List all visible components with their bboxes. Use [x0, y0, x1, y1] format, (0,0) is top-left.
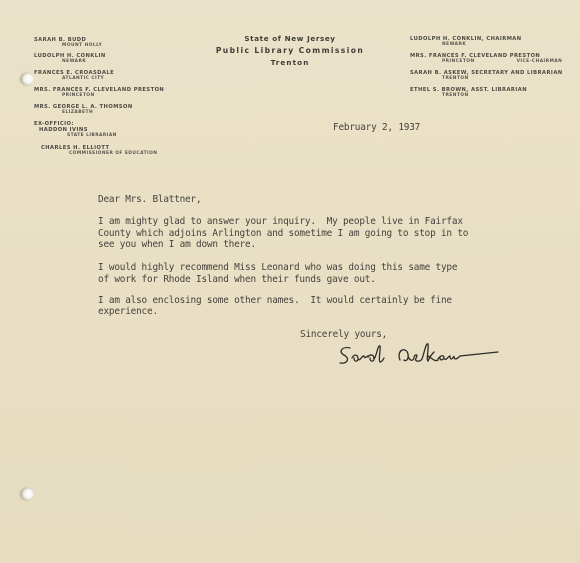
officer-chairman: Ludolph H. Conklin, Chairman Newark [410, 36, 522, 48]
member-place: Mount Holly [34, 43, 102, 49]
officer-secretary: Sarah B. Askew, Secretary and Librarian … [410, 70, 563, 82]
punch-hole-bottom [22, 488, 34, 500]
letterhead-title: State of New Jersey Public Library Commi… [200, 33, 380, 69]
punch-hole-top [22, 73, 34, 85]
officer-assistant: Ethel S. Brown, Asst. Librarian Trenton [410, 87, 527, 99]
member-place: Princeton [34, 93, 164, 99]
officer-vice-chairman: Mrs. Frances F. Cleveland Preston Prince… [410, 53, 562, 65]
member-title: State Librarian [39, 133, 117, 139]
signature-icon: Sarah Askew [336, 340, 506, 370]
member-elliott: Charles H. Elliott Commissioner of Educa… [41, 145, 157, 157]
body-line: County which adjoins Arlington and somet… [98, 228, 468, 240]
officer-place: Newark [410, 42, 522, 48]
officer-place: Trenton [410, 93, 527, 99]
officer-name: Sarah B. Askew, Secretary and Librarian [410, 70, 563, 76]
member-thomson: Mrs. George L. A. Thomson Elizabeth [34, 104, 133, 116]
body-line: I am mighty glad to answer your inquiry.… [98, 216, 463, 228]
member-place: Elizabeth [34, 110, 133, 116]
state-name: State of New Jersey [200, 33, 380, 45]
member-title: Commissioner of Education [41, 151, 157, 157]
body-line: experience. [98, 306, 158, 318]
body-line: I would highly recommend Miss Leonard wh… [98, 262, 457, 274]
salutation: Dear Mrs. Blattner, [98, 194, 201, 206]
city-name: Trenton [200, 57, 380, 69]
member-croasdale: Frances E. Croasdale Atlantic City [34, 70, 114, 82]
body-line: I am also enclosing some other names. It… [98, 295, 452, 307]
member-place: Newark [34, 59, 106, 65]
member-conklin: Ludolph H. Conklin Newark [34, 53, 106, 65]
closing: Sincerely yours, [300, 329, 387, 341]
officer-place: Princeton [442, 59, 475, 64]
officer-place: Trenton [410, 76, 563, 82]
letter-date: February 2, 1937 [333, 122, 420, 134]
body-line: see you when I am down there. [98, 239, 256, 251]
body-line: of work for Rhode Island when their fund… [98, 274, 376, 286]
member-ivins: Haddon Ivins State Librarian [39, 127, 117, 139]
member-name: Mrs. Frances F. Cleveland Preston [34, 87, 164, 93]
officer-role: Vice-Chairman [477, 59, 563, 64]
commission-name: Public Library Commission [200, 45, 380, 57]
member-preston: Mrs. Frances F. Cleveland Preston Prince… [34, 87, 164, 99]
letter-page: Sarah B. Budd Mount Holly Ludolph H. Con… [0, 0, 580, 563]
member-budd: Sarah B. Budd Mount Holly [34, 37, 102, 49]
member-place: Atlantic City [34, 76, 114, 82]
